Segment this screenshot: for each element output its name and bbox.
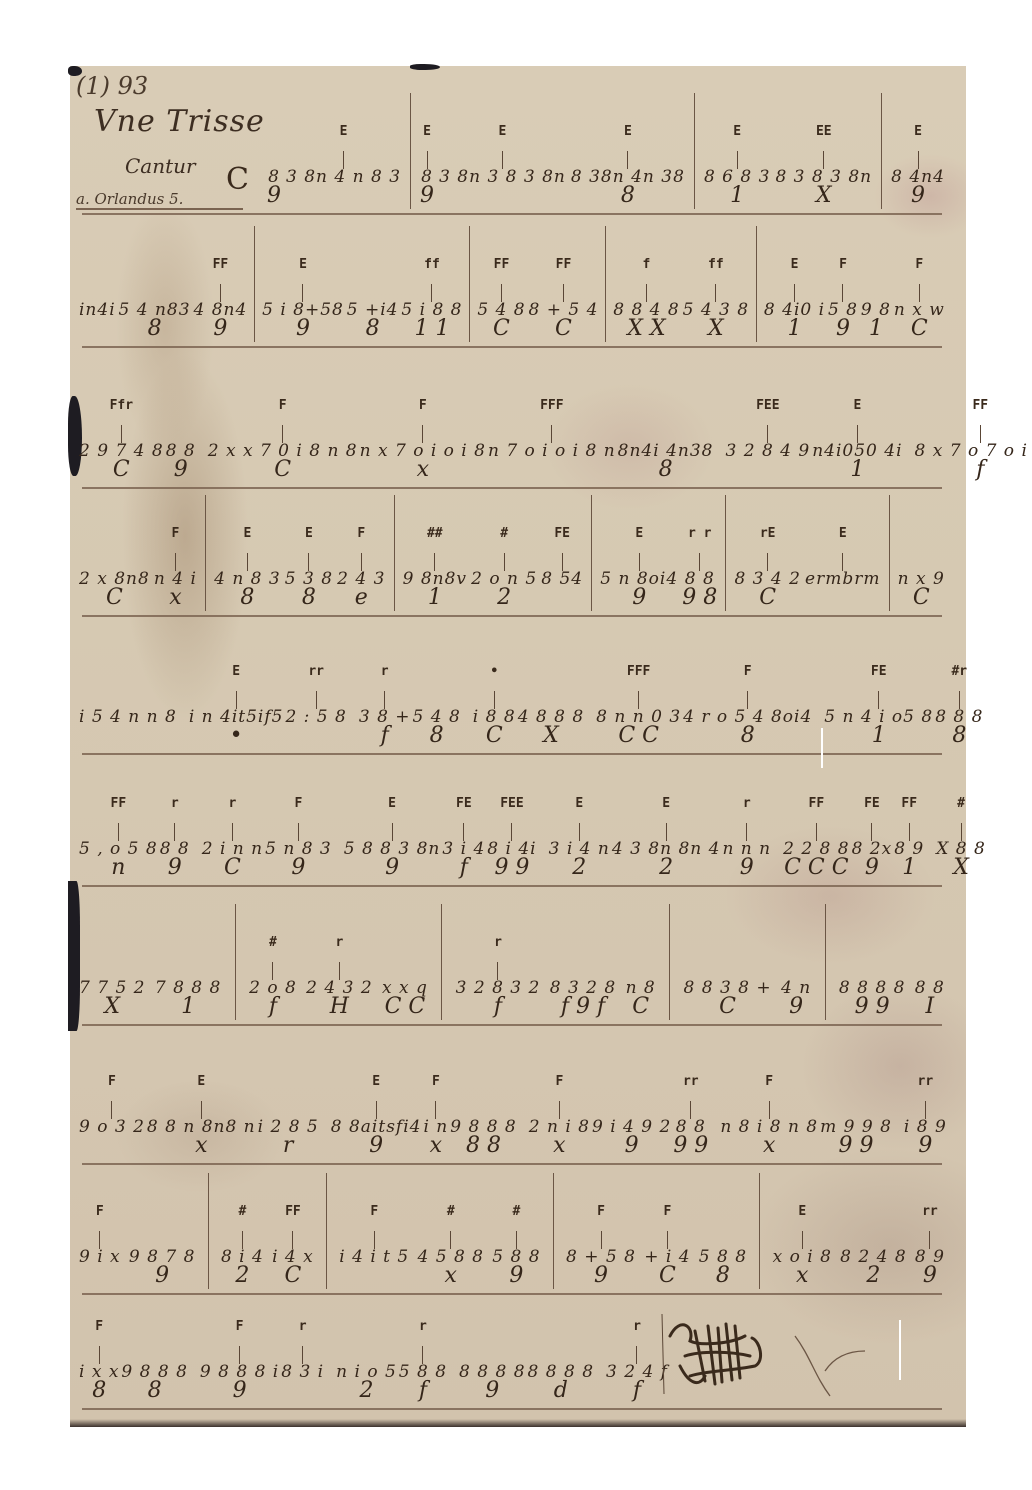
bass-course-letter: 9 [918, 1135, 932, 1159]
bar-line [669, 904, 670, 1020]
tablature-chord-column: 8 89 [166, 399, 196, 483]
tablature-chord-column: 8 3 2 8f 9 f [550, 936, 616, 1020]
tablature-chord-column: r2 4 3 2H [306, 936, 372, 1020]
bass-course-letter: 9 [923, 1265, 937, 1289]
tablature-chord-column: FFi 4 xC [272, 1205, 314, 1289]
bass-course-letter: x [796, 1265, 808, 1289]
bar-line [591, 495, 592, 611]
rhythm-flag: E [197, 1075, 205, 1101]
tablature-chord-column: Eermbrm [805, 527, 880, 611]
bass-course-letter: X [543, 725, 559, 749]
bass-course-letter: 9 [865, 857, 879, 881]
rhythm-flag: FF [285, 1205, 301, 1231]
tablature-glyph-row: Ffr2 9 7 4 8C8 89F2 x x 7 0 i 8 n 8CFn x… [78, 367, 946, 483]
rhythm-flag: # [500, 527, 508, 553]
tablature-chord-column: FE3 i 4f [442, 797, 485, 881]
tablature-chord-column: 2 x 8n8C [79, 527, 150, 611]
system-rule-line [82, 615, 942, 617]
bass-course-letter: 8 [148, 1380, 162, 1404]
rhythm-flag: FE [864, 797, 880, 823]
bass-course-letter: 9 [836, 318, 850, 342]
tablature-glyph-row: F9 o 3 2E8 8 n 8n8 nxi 2 8 5rE8 8aitsfi4… [78, 1043, 946, 1159]
rhythm-flag: E [243, 527, 251, 553]
rhythm-flag: F [597, 1205, 605, 1231]
bass-course-letter: 2 [359, 1380, 373, 1404]
rhythm-flag: E [635, 527, 643, 553]
tablature-chord-column: 8 8 8 89 [459, 1320, 525, 1404]
rhythm-flag: E [423, 125, 431, 151]
bass-course-letter: I [925, 996, 934, 1020]
tablature-letters: in4i [79, 302, 116, 318]
tablature-letters: 2 : 5 8 [285, 709, 346, 725]
bass-course-letter: 1 [872, 725, 886, 749]
tablature-chord-column: 9 i 4 9 29 [592, 1075, 671, 1159]
rhythm-flag: FE [554, 527, 570, 553]
rhythm-flag: rr [922, 1205, 938, 1231]
tablature-chord-column: 9 8 7 89 [129, 1205, 195, 1289]
bar-line [553, 1173, 554, 1289]
folio-number: (1) 93 [76, 72, 148, 100]
bass-course-letter: C [493, 318, 510, 342]
bass-course-letter: 1 [730, 185, 744, 209]
rhythm-flag: E [340, 125, 348, 151]
tablature-chord-column: FFFn 7 o i o i 8 n [488, 399, 616, 483]
bar-line [759, 1173, 760, 1289]
rhythm-flag: F [915, 258, 923, 284]
bass-course-letter: 8 [430, 725, 444, 749]
tablature-glyph-row: 7 7 5 2X7 8 8 81#2 o 8fr2 4 3 2Hx x qC C… [78, 904, 946, 1020]
tablature-glyph-row: Fi x x89 8 8 88F9 8 8 8 i9r8 3 in i o 52… [78, 1288, 586, 1404]
bass-course-letter: 2 [235, 1265, 249, 1289]
bass-course-letter: 9 [485, 1380, 499, 1404]
bass-course-letter: x [417, 459, 429, 483]
bass-course-letter: 9 [291, 857, 305, 881]
rhythm-flag: r [335, 936, 343, 962]
tablature-letters: i 5 4 n n 8 [79, 709, 177, 725]
tablature-chord-column: E5 8 8 3 8n9 [344, 797, 441, 881]
bass-course-letter: e [355, 587, 368, 611]
bass-course-letter: f [419, 1380, 427, 1404]
bass-course-letter: 9 [789, 996, 803, 1020]
bass-course-letter: f [494, 996, 502, 1020]
manuscript-page: (1) 93 Vne Trisse Cantur C a. Orlandus 5… [70, 66, 966, 1427]
tablature-chord-column: n 8C [626, 936, 656, 1020]
tablature-chord-column: FF8 x 7 o 7 o i 8f [915, 399, 1032, 483]
rhythm-flag: F [96, 1205, 104, 1231]
rhythm-flag: r [743, 797, 751, 823]
tablature-chord-column: Fi x x8 [79, 1320, 119, 1404]
tablature-chord-column: n x 9C [898, 527, 945, 611]
rhythm-flag: rr [683, 1075, 699, 1101]
system-rule-line [82, 1408, 942, 1410]
rhythm-flag: f [643, 258, 651, 284]
bass-course-letter: C [759, 587, 776, 611]
bass-course-letter: 9 [420, 185, 434, 209]
tablature-chord-column: #2 o n 52 [471, 527, 537, 611]
tablature-chord-column: E89 [420, 125, 434, 209]
bass-course-letter: C [274, 459, 291, 483]
bass-course-letter: 9 8 [682, 587, 717, 611]
rhythm-flag: ff [424, 258, 440, 284]
tablature-chord-column: Fn x 7 o i o i 8x [360, 399, 486, 483]
system-rule-line [82, 213, 942, 215]
rhythm-flag: F [765, 1075, 773, 1101]
tablature-chord-column: F4 r o 5 4 8oi48 [683, 665, 812, 749]
bass-course-letter: H [330, 996, 349, 1020]
piece-title: Vne Trisse [94, 104, 265, 139]
bass-course-letter: 9 9 [494, 857, 529, 881]
tablature-chord-column: Fi 4 i t 5 [339, 1205, 409, 1289]
page-bottom-edge [70, 1419, 966, 1427]
bass-course-letter: 8 [621, 185, 635, 209]
rhythm-flag: E [662, 797, 670, 823]
rhythm-flag: ## [427, 527, 443, 553]
tablature-chord-column: rr2 : 5 8 [285, 665, 346, 749]
bass-course-letter: x [553, 1135, 565, 1159]
tablature-letters: 8 54 [541, 571, 583, 587]
tablature-chord-column: E8 4n49 [891, 125, 945, 209]
tablature-letters: i 4 i t 5 [339, 1249, 409, 1265]
bar-line [881, 93, 882, 209]
bass-course-letter: f [976, 459, 984, 483]
scan-artifact [821, 728, 823, 768]
bass-course-letter: 2 [572, 857, 586, 881]
binding-damage-mark [410, 64, 440, 70]
tablature-chord-column: 4 8 8 8X [518, 665, 584, 749]
bass-course-letter: X [816, 185, 832, 209]
bass-course-letter: C [659, 1265, 676, 1289]
tablature-chord-column: 8 8 3 8 +C [684, 936, 772, 1020]
tablature-chord-column: ff5 4 3 8X [683, 258, 749, 342]
bass-course-letter: • [230, 725, 243, 749]
tablature-chord-column: m 9 9 89 9 [820, 1075, 892, 1159]
tablature-chord-column: F2 4 3e [337, 527, 385, 611]
rhythm-flag: r [633, 1320, 641, 1346]
bass-course-letter: 9 [369, 1135, 383, 1159]
tablature-chord-column: E3 i 4 n2 [549, 797, 610, 881]
rhythm-flag: F [432, 1075, 440, 1101]
tablature-chord-column: E8 8aitsfi49 [331, 1075, 422, 1159]
rhythm-flag: FFF [540, 399, 563, 425]
bass-course-letter: 9 [233, 1380, 247, 1404]
bass-course-letter: 2 [659, 857, 673, 881]
rhythm-flag: # [238, 1205, 246, 1231]
rhythm-flag: r [229, 797, 237, 823]
tablature-chord-column: r3 2 4 ff [606, 1320, 668, 1404]
scan-artifact [899, 1320, 901, 1380]
tablature-chord-column: 5 4 88 [413, 665, 461, 749]
tablature-chord-column: 9 8 8 88 [121, 1320, 187, 1404]
tablature-chord-column: E4 n 8 38 [214, 527, 281, 611]
tablature-letters: n 7 o i o i 8 n [488, 443, 616, 459]
rhythm-flag: rr [308, 665, 324, 691]
tablature-chord-column: 9 8 8 88 8 [450, 1075, 516, 1159]
bass-course-letter: 8 [659, 459, 673, 483]
bass-course-letter: C [911, 318, 928, 342]
bass-course-letter: 9 [174, 459, 188, 483]
rhythm-flag: rE [760, 527, 776, 553]
bass-course-letter: f [269, 996, 277, 1020]
rhythm-flag: r [299, 1320, 307, 1346]
tablature-chord-column: •i 8 8C [473, 665, 516, 749]
bar-line [394, 495, 395, 611]
tablature-chord-column: FF8 + 5 4C [529, 258, 599, 342]
bass-course-letter: 8 [148, 318, 162, 342]
tablature-chord-column: Fn 8 i 8 n 8x [720, 1075, 818, 1159]
tablature-chord-column: r5 8 8f [399, 1320, 447, 1404]
tablature-chord-column: Ex o i 8x [773, 1205, 832, 1289]
tablature-chord-column: n i o 52 [336, 1320, 397, 1404]
bass-course-letter: 9 [509, 1265, 523, 1289]
bass-course-letter: C [224, 857, 241, 881]
rhythm-flag: F [171, 527, 179, 553]
bar-line [469, 226, 470, 342]
bass-course-letter: C C C [784, 857, 849, 881]
rhythm-flag: F [108, 1075, 116, 1101]
rhythm-flag: E [299, 258, 307, 284]
tablature-chord-column: 5 +i48 [347, 258, 399, 342]
bass-course-letter: C [106, 587, 123, 611]
bass-course-letter: 8 [302, 587, 316, 611]
tablature-chord-column: F+ i 4C [644, 1205, 690, 1289]
rhythm-flag: FE [871, 665, 887, 691]
rhythm-flag: Ffr [110, 399, 133, 425]
rhythm-flag: F [839, 258, 847, 284]
tablature-glyph-row: FF5 , o 5 8nr8 89r2 i n nCF5 n 8 39E5 8 … [78, 765, 946, 881]
tablature-chord-column: Ei n 4it5if5• [189, 665, 284, 749]
rhythm-flag: F [295, 797, 303, 823]
bass-course-letter: 8 8 [466, 1135, 501, 1159]
rhythm-flag: r [494, 936, 502, 962]
tablature-chord-column: 89 [267, 125, 281, 209]
system-rule-line [82, 487, 942, 489]
tablature-chord-column: En4i050 4i1 [812, 399, 902, 483]
tablature-chord-column: Fi nx [423, 1075, 448, 1159]
bar-line [205, 495, 206, 611]
bass-course-letter: f [460, 857, 468, 881]
tablature-chord-column: rE8 3 4 2C [734, 527, 800, 611]
tablature-chord-column: in4i [79, 258, 116, 342]
system-rule-line [82, 346, 942, 348]
tablature-letters: ermbrm [805, 571, 880, 587]
rhythm-flag: EE [816, 125, 832, 151]
tablature-chord-column: FF2 2 8 8C C C [783, 797, 849, 881]
bass-course-letter: 8 [952, 725, 966, 749]
tablature-letters: 3 8n 3 8 3 8n [439, 169, 566, 185]
bass-course-letter: 8 [92, 1380, 106, 1404]
tablature-chord-column: E4 3 8n 8n 42 [612, 797, 721, 881]
bass-course-letter: 8 [741, 725, 755, 749]
rhythm-flag: E [305, 527, 313, 553]
tablature-chord-column: #5 8 89 [492, 1205, 540, 1289]
tablature-chord-column: 5 4 n838 [119, 258, 191, 342]
rhythm-flag: E [853, 399, 861, 425]
tablature-glyph-row: in4i5 4 n838FF4 8n49E5 i 8+5895 +i48ff5 … [78, 226, 946, 342]
tablature-chord-column: E3 8n 3 8 3 8n [439, 125, 566, 209]
tablature-chord-column: FF5 , o 5 8n [79, 797, 158, 881]
rhythm-flag: # [512, 1205, 520, 1231]
tablature-chord-column: r8 89 [160, 797, 190, 881]
rhythm-flag: ff [708, 258, 724, 284]
tablature-chord-column: 8 8 8 8d [528, 1320, 594, 1404]
pen-trial-mark [790, 1331, 870, 1401]
bar-line [889, 495, 890, 611]
tablature-chord-column: ##9 8n8v1 [403, 527, 467, 611]
rhythm-flag: F [663, 1205, 671, 1231]
system-rule-line [82, 1024, 942, 1026]
tablature-chord-column: i 2 8 5r [258, 1075, 319, 1159]
bar-line [694, 93, 695, 209]
tablature-chord-column: rn n n9 [722, 797, 771, 881]
tablature-chord-column: E8 4i0 i1 [764, 258, 825, 342]
bar-line [825, 904, 826, 1020]
tablature-chord-column: #8 i 42 [221, 1205, 264, 1289]
bass-course-letter: x [169, 587, 181, 611]
tablature-chord-column: 9 81 [861, 258, 891, 342]
bass-course-letter: C C [618, 725, 659, 749]
tablature-chord-column: F8 + 5 89 [566, 1205, 636, 1289]
bass-course-letter: X [104, 996, 120, 1020]
bass-course-letter: 1 [902, 857, 916, 881]
tablature-chord-column: E5 3 88 [285, 527, 333, 611]
bass-course-letter: f [381, 725, 389, 749]
tablature-letters: 9 i x [79, 1249, 121, 1265]
rhythm-flag: E [575, 797, 583, 823]
bass-course-letter: 9 [740, 857, 754, 881]
bass-course-letter: f [633, 1380, 641, 1404]
bass-course-letter: 2 [866, 1265, 880, 1289]
rhythm-flag: r [419, 1320, 427, 1346]
bar-line [208, 1173, 209, 1289]
system-rule-line [82, 753, 942, 755]
tablature-chord-column: F9 o 3 2 [79, 1075, 145, 1159]
tablature-chord-column: #r8 8 88 [935, 665, 983, 749]
rhythm-flag: F [555, 1075, 563, 1101]
tablature-chord-column: F9 8 8 8 i9 [200, 1320, 279, 1404]
rhythm-flag: #r [951, 665, 967, 691]
bass-course-letter: r [283, 1135, 294, 1159]
tablature-chord-column: E5 i 8+589 [262, 258, 344, 342]
bass-course-letter: C C [385, 996, 426, 1020]
tablature-chord-column: #2 o 8f [249, 936, 297, 1020]
tablature-chord-column: E3 8n 4 n 8 3 [286, 125, 401, 209]
tablature-chord-column: FF8 91 [894, 797, 924, 881]
tablature-letters: 8 3 i [281, 1364, 324, 1380]
bass-course-letter: 9 [296, 318, 310, 342]
rhythm-flag: E [798, 1205, 806, 1231]
tablature-chord-column: r r8 89 8 [682, 527, 717, 611]
bass-course-letter: 9 [267, 185, 281, 209]
tablature-chord-column: E5 n 8oi49 [600, 527, 678, 611]
rhythm-flag: FF [809, 797, 825, 823]
rhythm-flag: # [447, 1205, 455, 1231]
rhythm-flag: r [171, 797, 179, 823]
tablature-chord-column: Ffr2 9 7 4 8C [79, 399, 164, 483]
tablature-chord-column: FE5 n 4 i o5 81 [824, 665, 933, 749]
tablature-chord-column: #X 8 8X [936, 797, 986, 881]
bass-course-letter: 1 [850, 459, 864, 483]
tablature-chord-column: EE8 3 8 3 8nX [775, 125, 872, 209]
tablature-glyph-row: i 5 4 n n 8Ei n 4it5if5•rr2 : 5 8r3 8 +f… [78, 633, 946, 749]
bass-course-letter: 8 [240, 587, 254, 611]
rhythm-flag: r r [688, 527, 711, 553]
tablature-chord-column: 8n4i 4n388 [618, 399, 714, 483]
rhythm-flag: # [269, 936, 277, 962]
bass-course-letter: 9 [168, 857, 182, 881]
bar-line [441, 904, 442, 1020]
tablature-chord-column: F5 n 8 39 [265, 797, 332, 881]
bass-course-letter: C [555, 318, 572, 342]
tablature-chord-column: r3 8 +f [359, 665, 411, 749]
tablature-chord-column: r3 2 8 3 2f [456, 936, 541, 1020]
bass-course-letter: X [708, 318, 724, 342]
rhythm-flag: E [791, 258, 799, 284]
bar-line [725, 495, 726, 611]
tablature-chord-column: FF4 8n49 [193, 258, 247, 342]
tablature-chord-column: FF5 4 8C [477, 258, 525, 342]
tablature-chord-column: FE8 2x9 [852, 797, 893, 881]
rhythm-flag: FFF [627, 665, 650, 691]
bass-course-letter: X X [627, 318, 665, 342]
tablature-chord-column: E8 6 8 31 [704, 125, 770, 209]
system-rule-line [82, 885, 942, 887]
rhythm-flag: F [236, 1320, 244, 1346]
system-rule-line [82, 1163, 942, 1165]
bass-course-letter: 9 [625, 1135, 639, 1159]
rhythm-flag: F [419, 399, 427, 425]
rhythm-flag: E [388, 797, 396, 823]
rhythm-flag: • [490, 665, 498, 691]
rhythm-flag: E [624, 125, 632, 151]
bass-course-letter: f 9 f [561, 996, 605, 1020]
bass-course-letter: 1 [869, 318, 883, 342]
bass-course-letter: 9 9 [673, 1135, 708, 1159]
tablature-chord-column: rri 8 99 [904, 1075, 947, 1159]
rhythm-flag: rr [918, 1075, 934, 1101]
tablature-chord-column: F2 x x 7 0 i 8 n 8C [208, 399, 358, 483]
rhythm-flag: FF [494, 258, 510, 284]
tablature-chord-column: rr8 99 [915, 1205, 945, 1289]
rhythm-flag: FE [456, 797, 472, 823]
bass-course-letter: 9 [155, 1265, 169, 1289]
bass-course-letter: X [953, 857, 969, 881]
bass-course-letter: x [195, 1135, 207, 1159]
rhythm-flag: E [914, 125, 922, 151]
bass-course-letter: 9 [911, 185, 925, 209]
rhythm-flag: FF [972, 399, 988, 425]
bar-line [235, 904, 236, 1020]
tablature-chord-column: Fn 4 ix [154, 527, 197, 611]
tablature-chord-column: FE8 54 [541, 527, 583, 611]
rhythm-flag: r [381, 665, 389, 691]
bar-line [410, 93, 411, 209]
rhythm-flag: # [957, 797, 965, 823]
tablature-chord-column: Fn x wC [894, 258, 945, 342]
bass-course-letter: 9 [632, 587, 646, 611]
tablature-letters: 3 8n 4 n 8 3 [286, 169, 401, 185]
tablature-letters: 8 x 7 o 7 o i 8 [915, 443, 1032, 459]
tablature-chord-column: F9 i x [79, 1205, 121, 1289]
tablature-chord-column: 4 n9 [781, 936, 811, 1020]
rhythm-flag: F [744, 665, 752, 691]
tablature-chord-column: x x qC C [382, 936, 428, 1020]
tablature-chord-column: F5 89 [828, 258, 858, 342]
bass-course-letter: 8 [366, 318, 380, 342]
rhythm-flag: FEE [756, 399, 779, 425]
bar-line [326, 1173, 327, 1289]
rhythm-flag: E [499, 125, 507, 151]
final-flourish-icon [660, 1306, 770, 1396]
